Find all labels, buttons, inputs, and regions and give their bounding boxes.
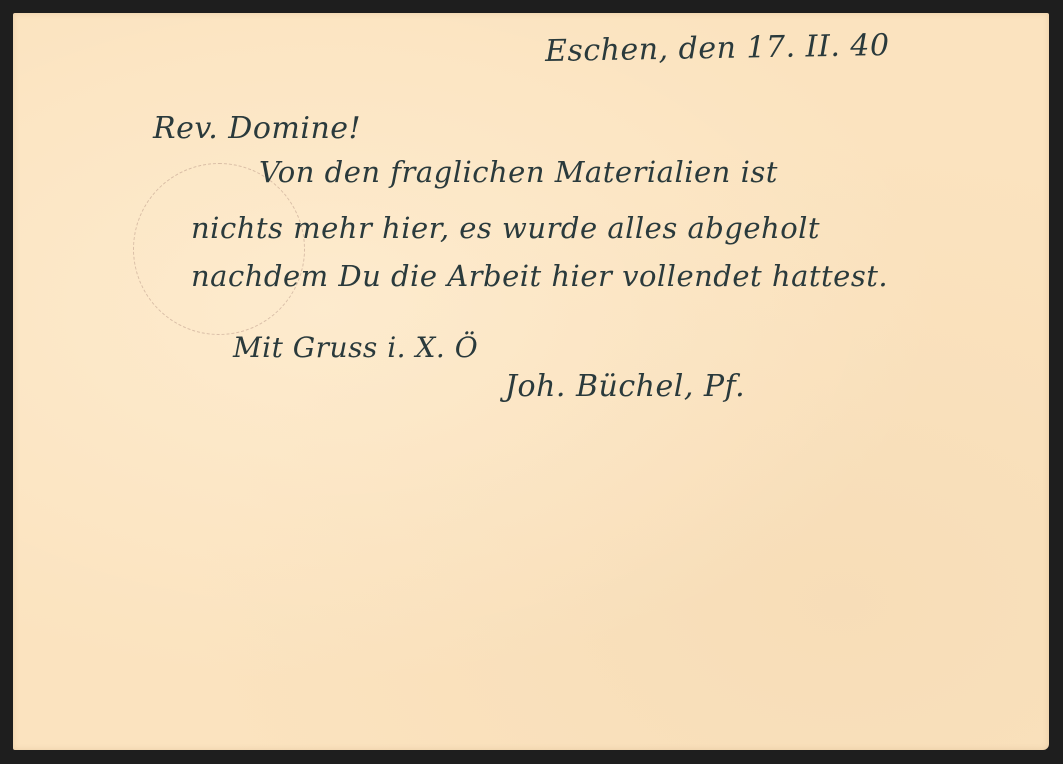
body-line: Von den fraglichen Materialien ist <box>259 155 778 189</box>
closing: Mit Gruss i. X. Ö <box>233 331 478 364</box>
body-line: nachdem Du die Arbeit hier vollendet hat… <box>191 259 888 293</box>
signature: Joh. Büchel, Pf. <box>505 369 745 404</box>
place-and-date: Eschen, den 17. II. 40 <box>545 28 890 69</box>
postcard: Eschen, den 17. II. 40 Rev. Domine! Von … <box>13 13 1049 750</box>
salutation: Rev. Domine! <box>153 111 361 146</box>
body-line: nichts mehr hier, es wurde alles abgehol… <box>191 211 820 245</box>
